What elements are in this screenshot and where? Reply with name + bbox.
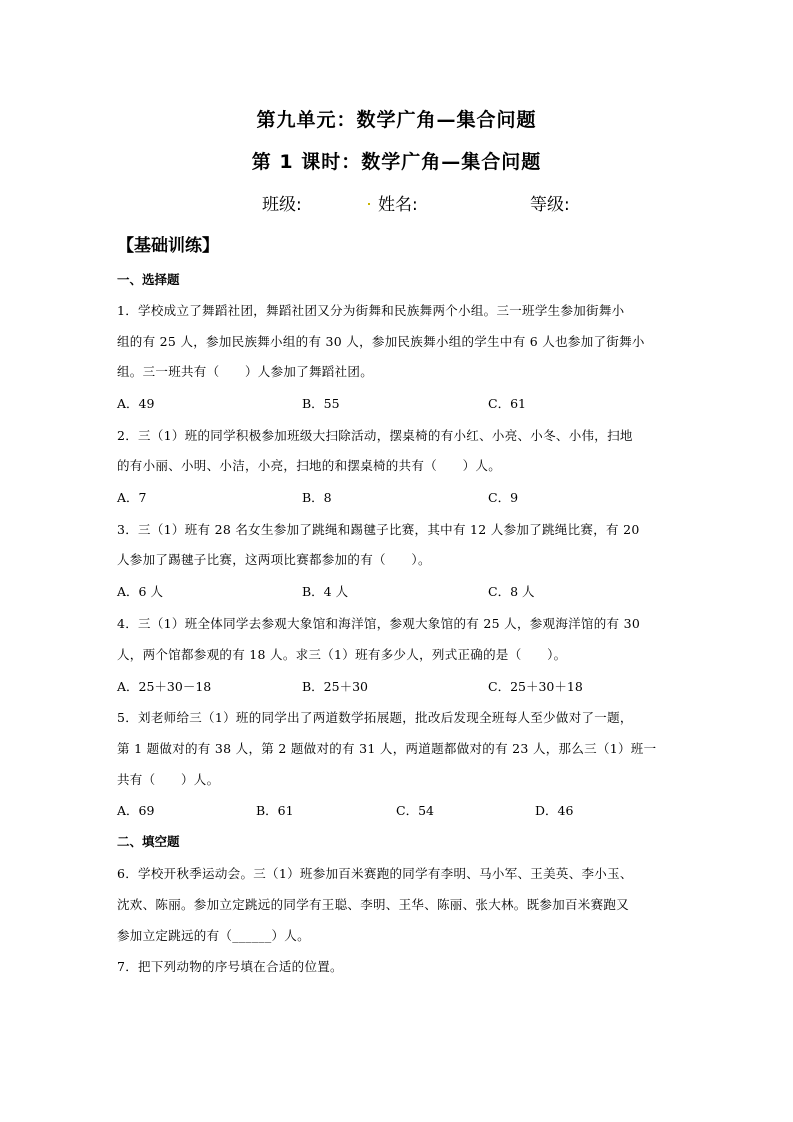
question-line: 第 1 题做对的有 38 人，第 2 题做对的有 31 人，两道题都做对的有 2…	[117, 739, 656, 757]
lesson-title: 第 1 课时：数学广角—集合问题	[0, 147, 793, 174]
question-line: 的有小丽、小明、小洁，小亮，扫地的和摆桌椅的共有（ ）人。	[117, 456, 501, 474]
question-line: 组的有 25 人，参加民族舞小组的有 30 人，参加民族舞小组的学生中有 6 人…	[117, 332, 645, 350]
question-line: 共有（ ）人。	[117, 770, 219, 788]
part2-heading: 二、填空题	[117, 832, 180, 850]
name-label: 姓名:	[378, 190, 418, 215]
option-c: C．8 人	[488, 582, 535, 600]
question-line: 1．学校成立了舞蹈社团，舞蹈社团又分为街舞和民族舞两个小组。三一班学生参加街舞小	[117, 301, 624, 319]
option-a: A．6 人	[117, 582, 163, 600]
question-line: 2．三（1）班的同学积极参加班级大扫除活动，摆桌椅的有小红、小亮、小冬、小伟，扫…	[117, 426, 633, 444]
option-d: D．46	[535, 801, 573, 819]
option-c: C．54	[396, 801, 434, 819]
option-b: B．55	[302, 394, 340, 412]
question-line: 6．学校开秋季运动会。三（1）班参加百米赛跑的同学有李明、马小军、王美英、李小玉…	[117, 864, 633, 882]
question-line: 4．三（1）班全体同学去参观大象馆和海洋馆，参观大象馆的有 25 人，参观海洋馆…	[117, 614, 640, 632]
grade-label: 等级:	[530, 190, 570, 215]
option-a: A．7	[117, 488, 146, 506]
student-info-line: 班级: 姓名: 等级:	[0, 190, 793, 214]
option-b: B．61	[256, 801, 294, 819]
unit-title: 第九单元：数学广角—集合问题	[0, 105, 793, 132]
question-line: 参加立定跳远的有（______）人。	[117, 926, 310, 944]
option-c: C．9	[488, 488, 518, 506]
worksheet-page: 第九单元：数学广角—集合问题 第 1 课时：数学广角—集合问题 班级: 姓名: …	[0, 0, 793, 1122]
option-b: B．25＋30	[302, 677, 368, 695]
question-line: 3．三（1）班有 28 名女生参加了跳绳和踢毽子比赛，其中有 12 人参加了跳绳…	[117, 520, 640, 538]
question-line: 组。三一班共有（ ）人参加了舞蹈社团。	[117, 362, 373, 380]
question-line: 沈欢、陈丽。参加立定跳远的同学有王聪、李明、王华、陈丽、张大林。既参加百米赛跑又	[117, 895, 629, 913]
section-title: 【基础训练】	[117, 231, 219, 256]
option-b: B．8	[302, 488, 332, 506]
option-b: B．4 人	[302, 582, 348, 600]
stray-dot	[368, 203, 370, 205]
option-c: C．25＋30＋18	[488, 677, 583, 695]
question-line: 7．把下列动物的序号填在合适的位置。	[117, 957, 343, 975]
question-line: 人，两个馆都参观的有 18 人。求三（1）班有多少人，列式正确的是（ ）。	[117, 645, 566, 663]
option-a: A．25＋30－18	[117, 677, 211, 695]
class-label: 班级:	[262, 190, 302, 215]
option-c: C．61	[488, 394, 526, 412]
question-line: 5．刘老师给三（1）班的同学出了两道数学拓展题，批改后发现全班每人至少做对了一题…	[117, 708, 633, 726]
option-a: A．49	[117, 394, 154, 412]
question-line: 人参加了踢毽子比赛，这两项比赛都参加的有（ ）。	[117, 550, 431, 568]
part1-heading: 一、选择题	[117, 270, 180, 288]
option-a: A．69	[117, 801, 154, 819]
